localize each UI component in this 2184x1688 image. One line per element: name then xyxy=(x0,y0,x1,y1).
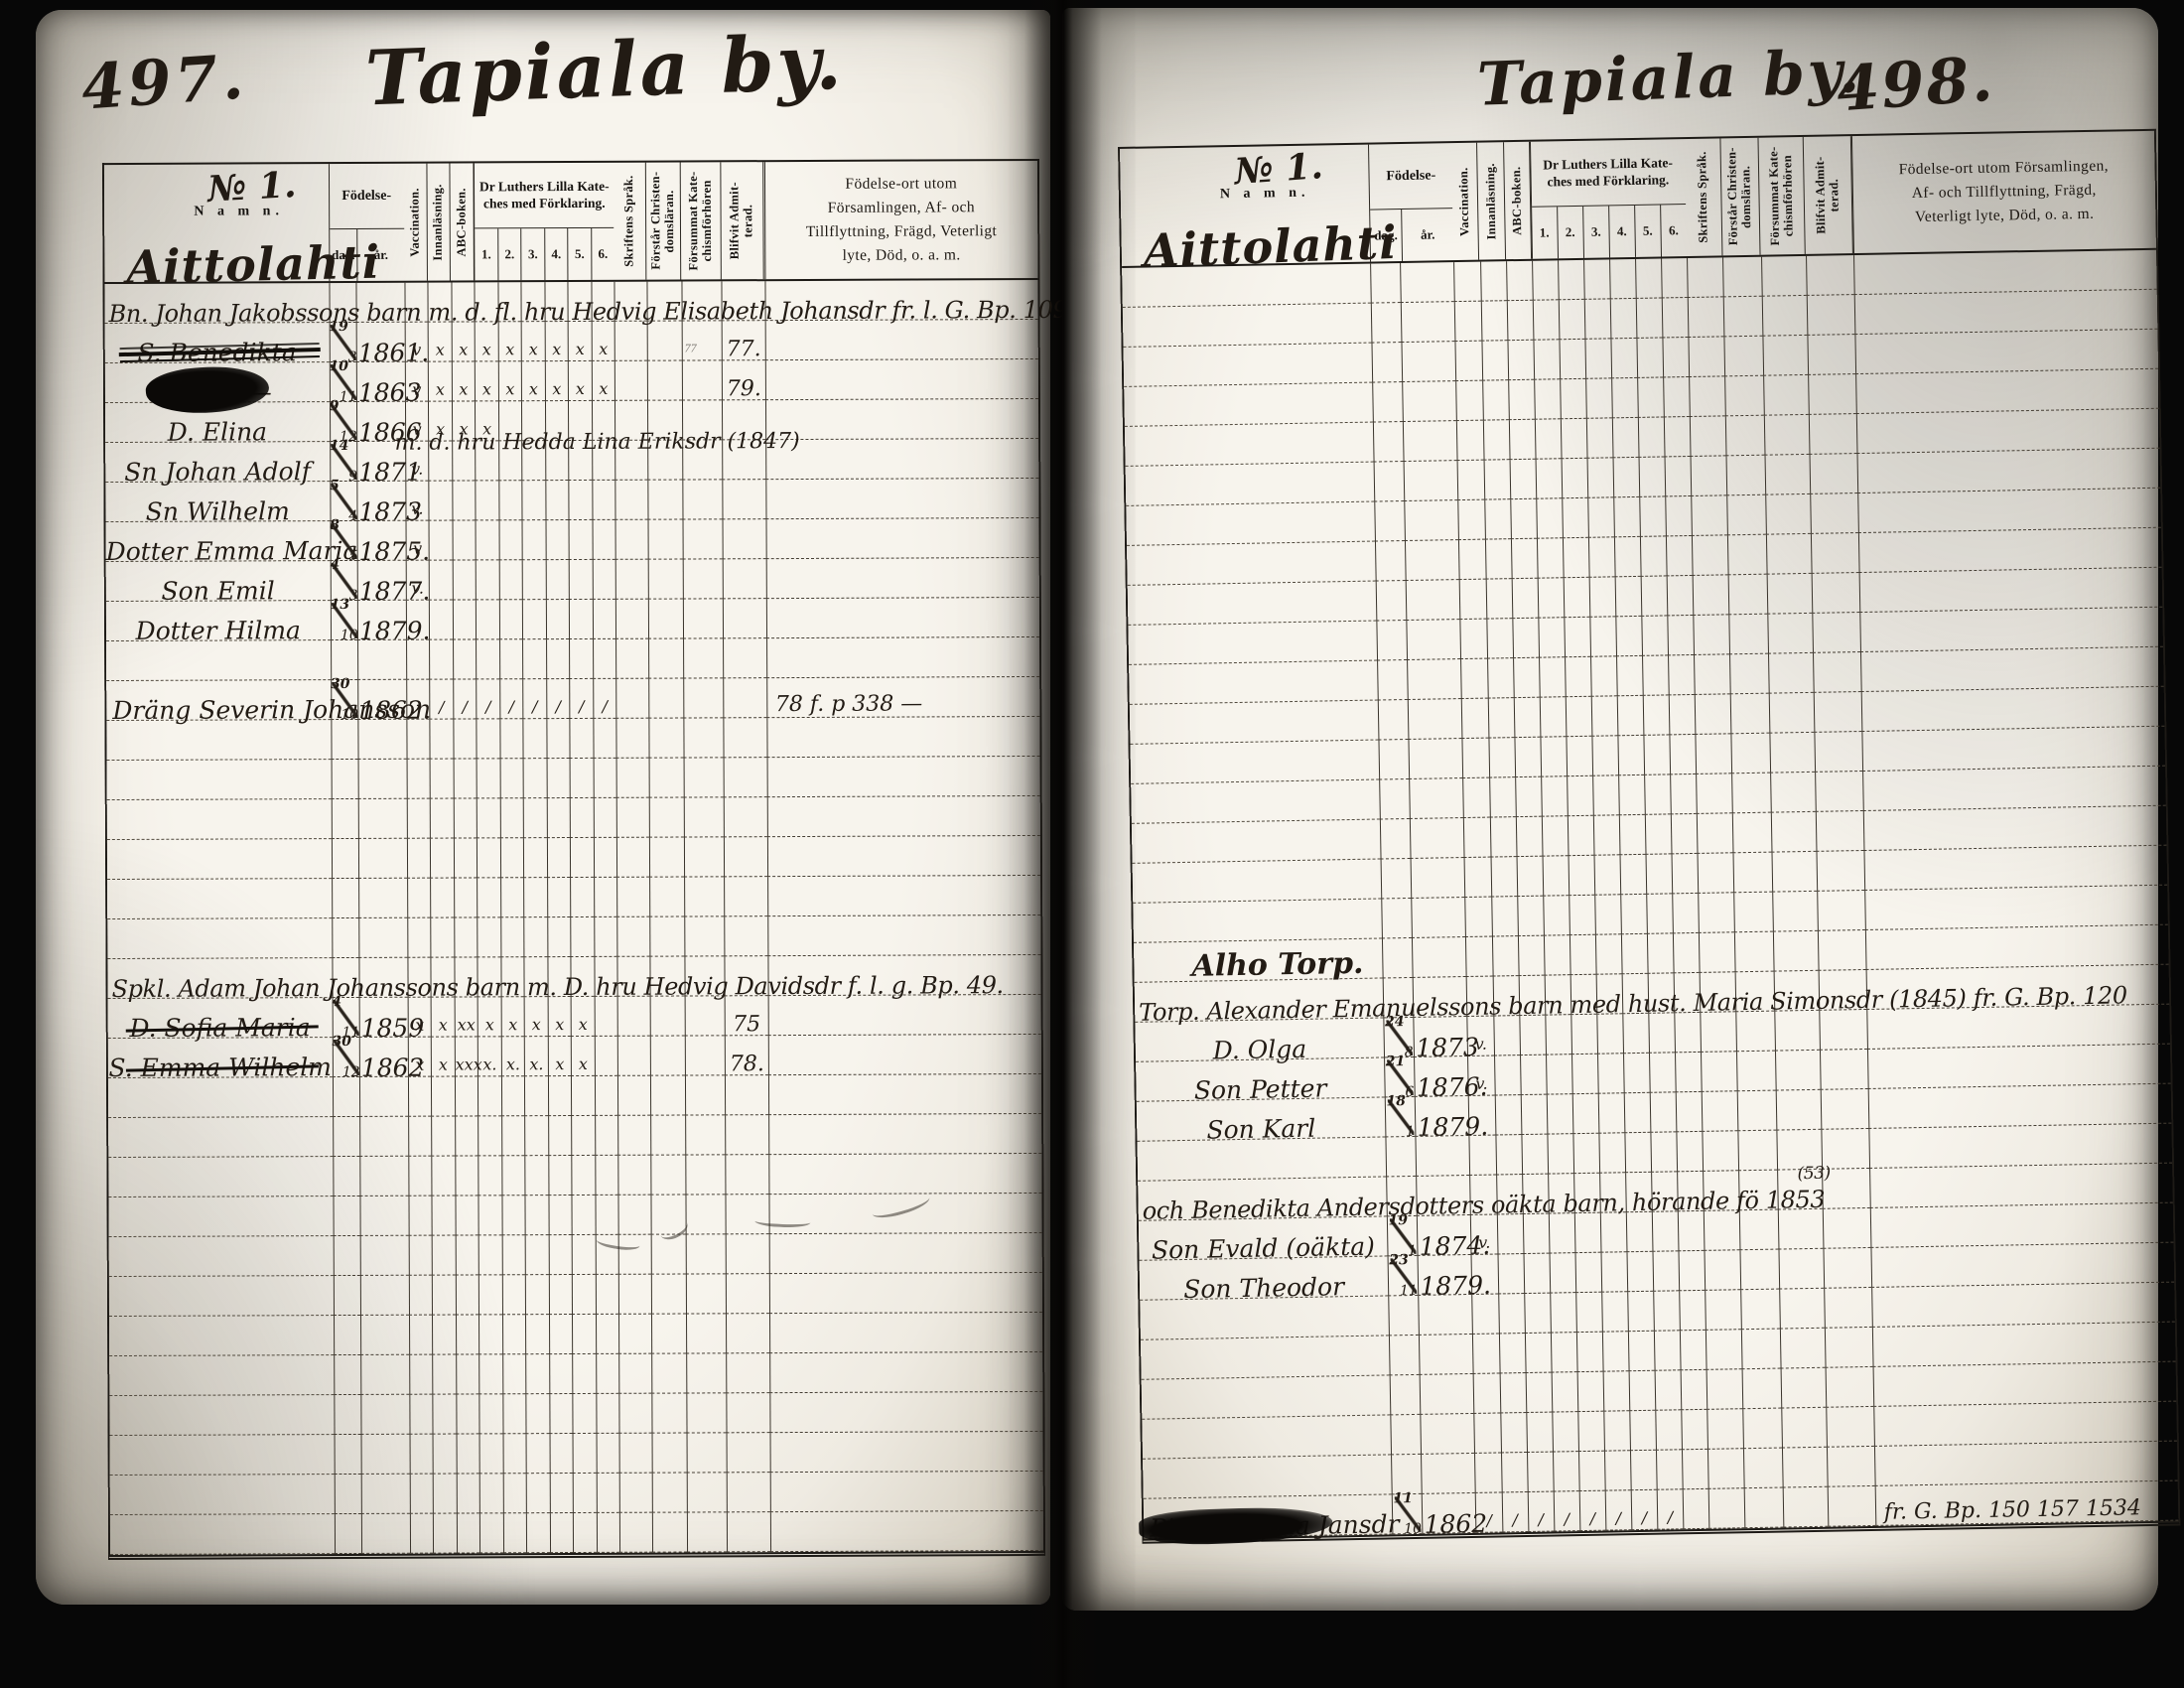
catechism-4-cell: x xyxy=(547,1037,571,1076)
check-mark: xxx xyxy=(456,1055,478,1073)
skriftens-cell xyxy=(1704,1210,1740,1251)
catechism-2-cell: x. xyxy=(500,1037,524,1076)
catechism-3-cell xyxy=(1591,736,1618,775)
catechism-3-cell xyxy=(1600,1212,1627,1252)
month-denominator: 8 xyxy=(1405,1045,1414,1060)
scanned-book-spread: 497. Tapiala by. № 1. N a m n. Aittolaht… xyxy=(0,0,2184,1688)
skriftens-cell xyxy=(1690,456,1726,496)
birth-year-cell xyxy=(1408,699,1462,740)
record-row: Spkl. Adam Johan Johanssons barn m. D. h… xyxy=(107,955,1040,999)
catechism-5-cell xyxy=(573,1434,597,1474)
remarks-cell xyxy=(1855,409,2159,454)
innanlasning-cell xyxy=(1486,619,1513,658)
catechism-6-cell xyxy=(1682,1450,1708,1489)
birth-year: 1861. xyxy=(358,341,430,365)
abc-cell xyxy=(1522,1214,1549,1254)
catechism-2-cell xyxy=(502,1315,526,1354)
name-cell xyxy=(1132,819,1381,863)
catechism-5-cell xyxy=(570,798,594,838)
catechism-2-cell xyxy=(1572,1134,1599,1174)
admitted-cell xyxy=(1814,732,1862,773)
birth-day-cell xyxy=(333,1157,359,1196)
birth-day-fraction: 85 xyxy=(331,523,356,559)
day-numerator: 23 xyxy=(1389,1252,1409,1268)
remarks-cell xyxy=(1855,369,2159,414)
abc-cell xyxy=(1508,380,1535,420)
admitted-cell xyxy=(727,1393,769,1433)
admitted-cell xyxy=(726,1353,768,1393)
column-header-remarks: Födelse-ort utom Församlingen, Af- och T… xyxy=(763,161,1037,279)
vaccination-cell xyxy=(409,1395,433,1435)
innanlasning-cell xyxy=(1493,1016,1520,1055)
catechism-4-cell xyxy=(1619,815,1646,855)
name-cell xyxy=(1125,423,1374,467)
catechism-6-cell xyxy=(1666,576,1693,616)
birth-day-cell xyxy=(331,799,357,839)
name-column-label: N a m n. xyxy=(194,204,284,219)
birth-year-cell xyxy=(1409,739,1463,779)
catechism-5-cell xyxy=(569,481,593,520)
remarks-cell xyxy=(1867,1084,2171,1129)
skriftens-cell xyxy=(1705,1290,1741,1331)
birth-day-cell xyxy=(1376,581,1407,622)
forstar-cell xyxy=(1734,893,1773,933)
birth-year-cell xyxy=(360,1435,409,1475)
birth-day-cell xyxy=(1386,1137,1417,1178)
admitted-cell xyxy=(1826,1407,1874,1448)
forstar-cell xyxy=(647,481,682,520)
check-mark: x xyxy=(545,340,568,358)
birth-year: 1877. xyxy=(359,579,431,604)
name-cell xyxy=(110,1475,335,1515)
name-cell xyxy=(108,1157,333,1197)
forsummat-cell xyxy=(1782,1448,1827,1488)
catechism-2-cell xyxy=(1559,340,1585,379)
name-cell xyxy=(1141,1336,1390,1379)
forstar-cell xyxy=(1738,1131,1777,1172)
catechism-3-cell xyxy=(526,1474,550,1513)
catechism-5-cell xyxy=(571,1076,595,1116)
name-cell xyxy=(1128,622,1377,665)
catechism-4-cell xyxy=(1610,339,1637,378)
catechism-1-cell xyxy=(1541,776,1568,816)
ink-stroke xyxy=(754,1215,810,1228)
catechism-3-cell xyxy=(523,838,547,878)
vaccination-cell xyxy=(410,1514,434,1554)
birth-year-cell: 1873 xyxy=(1414,1017,1468,1057)
month-denominator: 11 xyxy=(340,389,357,405)
name-cell: Dotter Hilma xyxy=(106,601,331,641)
catechism-5-cell: x xyxy=(571,997,595,1037)
admitted-cell xyxy=(1811,533,1859,574)
forstar-cell xyxy=(648,639,683,679)
birth-day-cell: 3012 xyxy=(332,1038,358,1077)
catechism-5-cell xyxy=(1648,1013,1675,1053)
skriftens-cell xyxy=(1689,376,1725,417)
record-row xyxy=(109,1392,1042,1436)
catechism-6-cell xyxy=(1670,774,1697,814)
catechism-2-cell xyxy=(1565,697,1591,737)
remarks-cell xyxy=(1872,1362,2176,1407)
remarks-cell xyxy=(1854,330,2158,374)
admitted-cell xyxy=(1827,1486,1875,1527)
catechism-1-cell: x xyxy=(478,997,501,1037)
skriftens-cell xyxy=(1702,1091,1738,1132)
catechism-2-cell xyxy=(498,520,522,560)
catechism-3-cell xyxy=(1590,696,1617,736)
catechism-5-cell xyxy=(1650,1132,1677,1172)
skriftens-cell xyxy=(1697,813,1733,854)
birth-year-cell xyxy=(1416,1136,1470,1177)
forsummat-cell xyxy=(1774,1011,1819,1052)
forstar-cell xyxy=(1737,1091,1776,1132)
abc-cell xyxy=(453,759,477,798)
forsummat-cell xyxy=(1762,336,1807,376)
abc-cell xyxy=(1513,698,1540,738)
catechism-5-cell xyxy=(570,838,594,878)
catechism-3-cell xyxy=(1602,1332,1629,1371)
catechism-3-cell xyxy=(526,1394,550,1434)
croft-heading: Alho Torp. xyxy=(1191,946,1364,984)
remarks-cell xyxy=(765,518,1039,559)
remarks-cell xyxy=(1858,568,2162,613)
check-mark: x xyxy=(572,1055,595,1073)
skriftens-cell xyxy=(1699,932,1735,973)
birth-day-cell xyxy=(1372,382,1403,423)
catechism-2-cell xyxy=(1560,419,1586,459)
name-cell xyxy=(110,1514,335,1555)
skriftens-cell xyxy=(1693,615,1729,655)
catechism-1-cell xyxy=(1543,896,1570,935)
vaccination-cell xyxy=(407,918,431,958)
catechism-3-cell xyxy=(523,759,547,798)
table-body: Bn. Johan Jakobssons barn m. d. fl. hru … xyxy=(104,280,1043,1555)
admitted-cell xyxy=(724,877,766,916)
birth-year: 1862 xyxy=(1424,1511,1487,1537)
catechism-6-cell xyxy=(594,997,617,1037)
month-denominator: 12 xyxy=(342,1064,360,1080)
remarks-cell xyxy=(766,717,1040,758)
catechism-6-cell xyxy=(1665,496,1692,536)
catechism-4-cell xyxy=(1615,617,1642,656)
person-name: Dotter Hilma xyxy=(106,618,331,643)
vaccination-cell xyxy=(409,1276,433,1316)
person-name: Son Petter xyxy=(1136,1074,1384,1103)
catechism-3-cell xyxy=(526,1513,550,1553)
catechism-4-cell xyxy=(545,481,569,520)
catechism-3-cell xyxy=(523,719,547,759)
day-numerator: 9 xyxy=(330,398,340,414)
catechism-5-cell xyxy=(1656,1450,1683,1489)
birth-year-cell: 1874. xyxy=(1417,1215,1471,1256)
birth-year: 1879. xyxy=(359,619,431,643)
birth-day-cell xyxy=(1376,621,1407,661)
check-mark: / xyxy=(431,698,454,717)
admitted-cell xyxy=(1817,891,1865,931)
catechism-4-cell xyxy=(1617,736,1644,775)
abc-cell: xx xyxy=(454,997,478,1037)
catechism-1-cell xyxy=(1534,419,1561,459)
remarks-cell xyxy=(764,359,1038,400)
birth-day-cell xyxy=(333,1196,359,1236)
birth-year-cell xyxy=(1412,898,1466,938)
skriftens-cell xyxy=(615,679,648,719)
innanlasning-cell xyxy=(430,720,454,760)
name-cell xyxy=(109,1355,334,1396)
birth-year-cell xyxy=(1410,818,1464,859)
abc-cell: / xyxy=(453,679,477,719)
check-mark: x. xyxy=(478,1055,501,1073)
name-cell xyxy=(1143,1455,1392,1498)
catechism-4-cell xyxy=(1622,1014,1649,1054)
birth-year: 1873 xyxy=(358,499,422,524)
birth-day-cell: 216 xyxy=(1384,1057,1415,1098)
catechism-2-cell: / xyxy=(1578,1491,1605,1531)
check-mark: x xyxy=(569,379,592,398)
day-numerator: 5 xyxy=(330,478,340,493)
catechism-1-cell xyxy=(1541,816,1568,856)
catechism-6-cell xyxy=(593,759,616,798)
catechism-2-cell xyxy=(1564,618,1590,657)
admitted-cell: 75 xyxy=(725,996,767,1036)
catechism-1-cell: x xyxy=(475,322,498,361)
skriftens-cell xyxy=(1691,495,1727,536)
forsummat-cell xyxy=(1764,415,1809,456)
remarks-cell xyxy=(769,1392,1043,1433)
birth-day-cell: 411 xyxy=(332,998,358,1038)
catechism-4-cell xyxy=(550,1513,574,1553)
innanlasning-cell xyxy=(1500,1413,1527,1453)
catechism-5-cell xyxy=(569,600,593,639)
name-cell: Son Petter xyxy=(1136,1057,1385,1101)
skriftens-cell xyxy=(619,1394,652,1434)
catechism-5-cell: x xyxy=(571,1037,595,1076)
name-cell: Son Karl xyxy=(1137,1097,1386,1141)
abc-cell xyxy=(452,481,476,520)
birth-day-cell xyxy=(334,1514,360,1554)
birth-year-cell xyxy=(1411,858,1465,899)
catechism-4-cell: x xyxy=(545,361,569,401)
catechism-1-cell xyxy=(476,560,499,600)
birth-day-fraction: 191 xyxy=(1390,1218,1417,1254)
column-header-skriftens-sprak: Skriftens Språk. xyxy=(1685,138,1723,256)
catechism-3-cell xyxy=(1600,1252,1627,1292)
forsummat-cell xyxy=(1761,256,1806,297)
remarks-cell xyxy=(1874,1442,2178,1486)
forstar-cell xyxy=(1733,853,1772,894)
forstar-cell xyxy=(1736,1012,1775,1053)
forstar-cell xyxy=(1727,535,1766,576)
catechism-3-cell: x xyxy=(521,361,545,401)
abc-cell xyxy=(1527,1453,1554,1492)
vaccination-cell xyxy=(1457,461,1484,500)
forsummat-cell xyxy=(1781,1408,1826,1449)
birth-year-cell xyxy=(1402,342,1456,382)
birth-day-cell xyxy=(333,1077,359,1117)
catechism-3-cell xyxy=(1587,497,1614,537)
person-name: Son Theodor xyxy=(1140,1273,1388,1302)
catechism-5-cell xyxy=(1644,774,1671,814)
vaccination-cell xyxy=(406,640,430,680)
remarks-cell xyxy=(769,1472,1043,1512)
catechism-2-cell: x xyxy=(497,322,521,361)
birth-year-cell xyxy=(1421,1454,1475,1494)
innanlasning-cell xyxy=(433,1435,457,1475)
catechism-4-cell xyxy=(548,1116,572,1156)
admitted-year: 77. xyxy=(723,337,764,361)
catechism-1-cell xyxy=(479,1394,503,1434)
admitted-cell xyxy=(724,837,766,877)
forstar-cell xyxy=(650,1076,685,1116)
catechism-5-cell: / xyxy=(569,679,593,719)
abc-cell xyxy=(455,1235,478,1275)
remarks-cell xyxy=(765,598,1039,638)
catechism-2-cell xyxy=(1576,1372,1603,1412)
check-mark: / xyxy=(1606,1508,1631,1527)
catechism-3-cell xyxy=(526,1434,550,1474)
forstar-cell xyxy=(1722,257,1761,298)
catechism-part-1: 1. xyxy=(475,228,497,280)
admitted-cell xyxy=(1813,652,1861,693)
forsummat-cell xyxy=(686,1274,727,1314)
catechism-2-cell xyxy=(502,1394,526,1434)
forsummat-cell xyxy=(1764,455,1809,495)
birth-day-cell: 912 xyxy=(330,402,356,442)
catechism-3-cell xyxy=(522,560,546,600)
birth-year-cell: 1879. xyxy=(357,601,406,640)
birth-year-cell: 1859 xyxy=(358,998,407,1038)
birth-day-fraction: 181 xyxy=(1387,1099,1414,1135)
catechism-4-cell xyxy=(548,1235,572,1275)
forstar-cell xyxy=(649,878,684,917)
birth-year-cell xyxy=(1412,937,1466,978)
ink-stroke xyxy=(656,1213,691,1243)
birth-year-cell: 1861. xyxy=(355,323,404,362)
birth-day-cell: 3010 xyxy=(331,680,357,720)
catechism-2-cell xyxy=(502,1275,526,1315)
skriftens-cell xyxy=(1706,1409,1743,1450)
column-header-name: № 1. N a m n. Aittolahti xyxy=(104,164,329,282)
catechism-4-cell xyxy=(1614,577,1641,617)
name-cell xyxy=(106,720,331,761)
remarks-cell xyxy=(1870,1243,2174,1288)
birth-year: 1879. xyxy=(1420,1273,1491,1299)
admitted-cell xyxy=(1822,1208,1870,1249)
forstar-cell xyxy=(649,798,684,838)
name-cell xyxy=(1133,859,1382,903)
forsummat-cell xyxy=(684,877,725,916)
catechism-part-6: 6. xyxy=(591,228,614,280)
vaccination-cell xyxy=(1454,302,1481,342)
day-numerator: 11 xyxy=(1393,1490,1413,1506)
catechism-1-cell xyxy=(478,1315,502,1354)
catechism-5-cell: x xyxy=(568,361,592,401)
birth-day-cell: 191 xyxy=(1387,1216,1418,1257)
vaccination-cell xyxy=(408,1077,432,1117)
catechism-5-cell xyxy=(571,1116,595,1156)
birth-year-cell xyxy=(1405,500,1459,541)
remarks-note: fr. G. Bp. 150 157 1534 xyxy=(1884,1495,2142,1525)
catechism-6-cell xyxy=(593,600,616,639)
remarks-cell xyxy=(766,757,1040,797)
record-row: Dräng Severin Johansson30101862.////////… xyxy=(106,677,1039,721)
catechism-5-cell: x xyxy=(568,322,592,361)
birth-day-fraction: 216 xyxy=(1387,1059,1414,1095)
abc-cell xyxy=(1525,1373,1552,1413)
remarks-cell xyxy=(765,479,1039,519)
innanlasning-cell: x xyxy=(428,362,452,402)
admitted-cell xyxy=(1813,692,1861,733)
catechism-4-cell xyxy=(1628,1332,1655,1371)
birth-day-cell xyxy=(332,918,358,958)
remarks-cell xyxy=(768,1273,1042,1314)
forsummat-cell xyxy=(1765,494,1810,535)
catechism-4-cell: x xyxy=(547,997,571,1037)
vaccination-cell xyxy=(1465,937,1492,977)
vaccination-cell xyxy=(407,879,431,918)
catechism-3-cell xyxy=(1601,1292,1628,1332)
catechism-4-cell xyxy=(1624,1133,1651,1173)
skriftens-cell xyxy=(618,1354,651,1394)
forsummat-cell xyxy=(685,1115,726,1155)
catechism-6-cell xyxy=(593,639,616,679)
catechism-6-cell xyxy=(594,838,617,878)
catechism-3-cell xyxy=(525,1315,549,1354)
innanlasning-cell xyxy=(1480,261,1507,301)
catechism-2-cell xyxy=(1568,856,1594,896)
remarks-cell xyxy=(766,836,1040,877)
forstar-cell xyxy=(1743,1449,1782,1489)
remarks-cell xyxy=(767,1074,1041,1115)
catechism-5-cell xyxy=(570,759,594,798)
birth-year: 1871 xyxy=(358,460,422,485)
birth-day-fraction: 3012 xyxy=(334,1040,359,1075)
catechism-6-cell xyxy=(1678,1211,1705,1251)
vaccination-cell xyxy=(1463,778,1490,818)
catechism-1-cell xyxy=(1546,1055,1572,1094)
name-cell xyxy=(1127,542,1376,586)
check-mark: x xyxy=(478,1015,501,1034)
innanlasning-cell xyxy=(1488,738,1515,777)
skriftens-cell xyxy=(618,1315,651,1354)
record-row xyxy=(110,1511,1043,1555)
name-cell xyxy=(109,1276,334,1317)
catechism-2-cell xyxy=(498,481,522,520)
catechism-3-cell: / xyxy=(1604,1490,1631,1530)
forstar-cell xyxy=(650,1116,685,1156)
record-row xyxy=(110,1432,1043,1476)
remarks-cell xyxy=(769,1313,1043,1353)
check-mark: / xyxy=(1632,1508,1657,1527)
forstar-cell xyxy=(1730,694,1769,735)
catechism-4-cell xyxy=(1626,1252,1653,1292)
person-name: D. ——— xyxy=(105,379,330,405)
admitted-cell xyxy=(1811,573,1859,614)
skriftens-cell xyxy=(1695,734,1731,774)
admitted-year: 79. xyxy=(723,376,764,401)
catechism-4-cell xyxy=(1629,1411,1656,1451)
catechism-3-cell xyxy=(1589,617,1616,656)
birth-day-cell xyxy=(333,1236,359,1276)
abc-cell xyxy=(1514,738,1541,777)
skriftens-cell xyxy=(619,1434,652,1474)
catechism-5-cell xyxy=(1641,616,1668,655)
catechism-5-cell xyxy=(573,1513,597,1553)
catechism-6-cell xyxy=(1664,417,1691,457)
remarks-cell xyxy=(765,439,1039,480)
birth-year-cell xyxy=(361,1475,410,1514)
check-mark: x. xyxy=(525,1055,548,1073)
